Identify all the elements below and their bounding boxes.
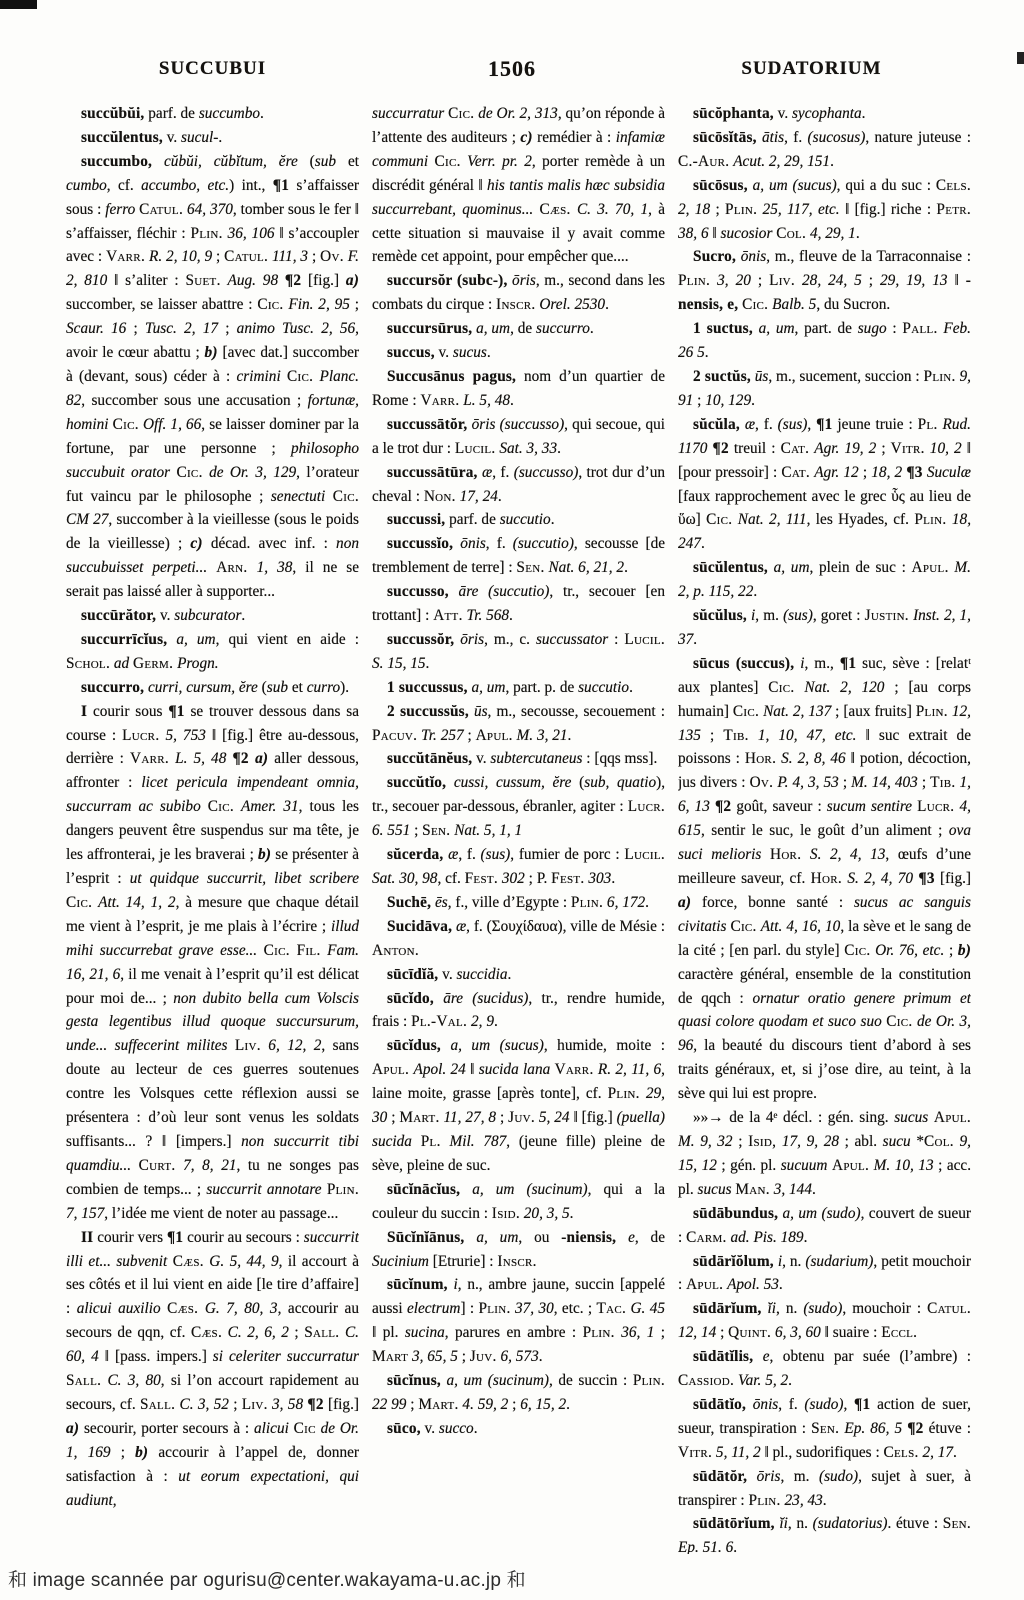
entry-paragraph: sūcīdĭă, v. succidia. [372, 963, 665, 987]
entry-paragraph: succursŏr (subc-), ōris, m., second dans… [372, 269, 665, 317]
page-header: SUCCUBUI 1506 SUDATORIUM [0, 58, 1024, 98]
entry-paragraph: sūdārĭŏlum, i, n. (sudarium), petit mouc… [678, 1250, 971, 1298]
entry-paragraph: succumbo, cŭbŭi, cŭbĭtum, ĕre (sub et cu… [66, 150, 359, 604]
text-columns: succŭbŭi, parf. de succumbo.succŭlentus,… [0, 98, 1024, 1554]
scan-credit: 和 image scannée par ogurisu@center.wakay… [8, 1565, 526, 1592]
entry-paragraph: succussi, parf. de succutio. [372, 508, 665, 532]
entry-paragraph: sūco, v. succo. [372, 1417, 665, 1441]
entry-paragraph: succurrīcĭus, a, um, qui vient en aide :… [66, 628, 359, 676]
entry-paragraph: sūcĭdus, a, um (sucus), humide, moite : … [372, 1034, 665, 1177]
header-right-title: SUDATORIUM [665, 58, 958, 80]
entry-paragraph: sūcĭnācĭus, a, um (sucinum), qui a la co… [372, 1178, 665, 1226]
entry-paragraph: 2 suctŭs, ūs, m., sucement, succion : Pl… [678, 365, 971, 413]
entry-paragraph: »»→ de la 4ᵉ décl. : gén. sing. sucus Ap… [678, 1106, 971, 1202]
entry-paragraph: sūdātŏr, ōris, m. (sudo), sujet à suer, … [678, 1465, 971, 1513]
entry-paragraph: sūcĭnus, a, um (sucinum), de succin : Pl… [372, 1369, 665, 1417]
entry-paragraph: sūcus (succus), i, m., ¶1 suc, sève : [r… [678, 652, 971, 1106]
entry-paragraph: sŭcŭlus, i, m. (sus), goret : Justin. In… [678, 604, 971, 652]
entry-paragraph: succusso, āre (succutio), tr., secouer [… [372, 580, 665, 628]
entry-paragraph: Suchē, ēs, f., ville d’Egypte : Plin. 6,… [372, 891, 665, 915]
entry-paragraph: Sucidāva, æ, f. (Σουχίδαυα), ville de Mé… [372, 915, 665, 963]
entry-paragraph: sūdātōrĭum, ĭi, n. (sudatorius). étuve :… [678, 1512, 971, 1554]
entry-paragraph: sūcŏphanta, v. sycophanta. [678, 102, 971, 126]
dictionary-page: SUCCUBUI 1506 SUDATORIUM succŭbŭi, parf.… [0, 0, 1024, 1600]
entry-paragraph: succŭtānĕus, v. subtercutaneus : [qqs ms… [372, 747, 665, 771]
entry-paragraph: 2 succussŭs, ūs, m., secousse, secouemen… [372, 700, 665, 748]
entry-paragraph: succussātūra, æ, f. (succusso), trot dur… [372, 461, 665, 509]
entry-paragraph: sūdātĭo, ōnis, f. (sudo), ¶1 action de s… [678, 1393, 971, 1465]
entry-paragraph: succurro, curri, cursum, ĕre (sub et cur… [66, 676, 359, 700]
entry-paragraph: sūcŭlentus, a, um, plein de suc : Apul. … [678, 556, 971, 604]
entry-paragraph: succŭbŭi, parf. de succumbo. [66, 102, 359, 126]
entry-paragraph: succussĭo, ōnis, f. (succutio), secousse… [372, 532, 665, 580]
entry-paragraph: succūrător, v. subcurator. [66, 604, 359, 628]
entry-paragraph: sūcĭdo, āre (sucidus), tr., rendre humid… [372, 987, 665, 1035]
scan-artifact-bar [0, 0, 37, 9]
entry-paragraph: succussŏr, ōris, m., c. succussator : Lu… [372, 628, 665, 676]
entry-paragraph: Sūcĭnĭānus, a, um, ou -niensis, e, de Su… [372, 1226, 665, 1274]
entry-paragraph: I courir sous ¶1 se trouver dessous dans… [66, 700, 359, 1226]
entry-paragraph: 1 succussus, a, um, part. p. de succutio… [372, 676, 665, 700]
entry-paragraph: sŭcŭla, æ, f. (sus), ¶1 jeune truie : Pl… [678, 413, 971, 556]
entry-paragraph: succussātŏr, ōris (succusso), qui secoue… [372, 413, 665, 461]
entry-paragraph: succus, v. sucus. [372, 341, 665, 365]
column-3: sūcŏphanta, v. sycophanta.sūcōsĭtās, āti… [678, 102, 971, 1554]
entry-paragraph: 1 suctus, a, um, part. de sugo : Pall. F… [678, 317, 971, 365]
entry-paragraph: sūdātĭlis, e, obtenu par suée (l’ambre) … [678, 1345, 971, 1393]
entry-paragraph: sŭcerda, æ, f. (sus), fumier de porc : L… [372, 843, 665, 891]
entry-paragraph: Sucro, ōnis, m., fleuve de la Tarraconna… [678, 245, 971, 317]
entry-paragraph: sūdārĭum, ĭi, n. (sudo), mouchoir : Catu… [678, 1297, 971, 1345]
entry-paragraph: sūcōsĭtās, ātis, f. (sucosus), nature ju… [678, 126, 971, 174]
column-1: succŭbŭi, parf. de succumbo.succŭlentus,… [66, 102, 359, 1554]
entry-paragraph: succŭlentus, v. sucul-. [66, 126, 359, 150]
column-2: succurratur Cic. de Or. 2, 313, qu’on ré… [372, 102, 665, 1554]
entry-paragraph: sūcĭnum, i, n., ambre jaune, succin [app… [372, 1273, 665, 1369]
entry-paragraph: succurratur Cic. de Or. 2, 313, qu’on ré… [372, 102, 665, 269]
entry-paragraph: succŭtĭo, cussi, cussum, ĕre (sub, quati… [372, 771, 665, 843]
entry-paragraph: II courir vers ¶1 courir au secours : su… [66, 1226, 359, 1513]
entry-paragraph: succursūrus, a, um, de succurro. [372, 317, 665, 341]
entry-paragraph: sūdābundus, a, um (sudo), couvert de sue… [678, 1202, 971, 1250]
entry-paragraph: Succusānus pagus, nom d’un quartier de R… [372, 365, 665, 413]
entry-paragraph: sūcōsus, a, um (sucus), qui a du suc : C… [678, 174, 971, 246]
